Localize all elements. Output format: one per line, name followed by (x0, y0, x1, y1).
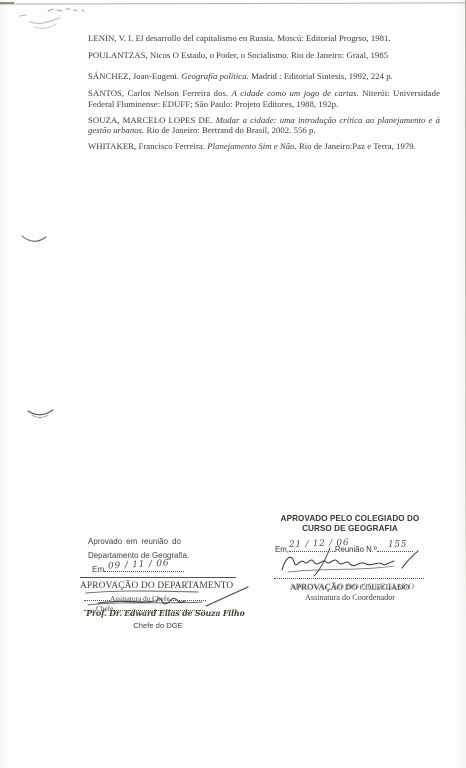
pencil-arc-mark (20, 233, 50, 247)
reference-text: Madrid : Editorial Sintesis, 1992, 224 p… (249, 71, 393, 81)
section-title: APROVAÇÃO DO COLEGIADO (274, 582, 426, 592)
reference-text: LENIN, V. I. El desarrollo del capitalis… (88, 33, 391, 43)
reference-text: SÁNCHEZ, Joan-Eugeni. (88, 71, 181, 81)
reference-text: Rio de Janeiro:Paz e Terra, 1979. (297, 141, 416, 151)
scanned-document-page: LENIN, V. I. El desarrollo del capitalis… (0, 0, 466, 768)
reference-title: Planejamento Sim e Não. (207, 141, 296, 151)
reference-entry: SOUZA, MARCELO LOPES DE. Mudar a cidade:… (88, 115, 440, 137)
reference-text: WHITAKER, Francisco Ferreira. (88, 141, 207, 151)
separator-line (80, 577, 236, 578)
reference-entry: WHITAKER, Francisco Ferreira. Planejamen… (88, 141, 422, 152)
em-label: Em (92, 565, 104, 574)
pencil-arc-mark (26, 407, 56, 421)
reference-entry: LENIN, V. I. El desarrollo del capitalis… (88, 33, 440, 44)
reference-entry: SANTOS, Carlos Nelson Ferreira dos. A ci… (88, 88, 440, 110)
reference-text: SANTOS, Carlos Nelson Ferreira dos. (88, 88, 232, 98)
reference-title: Geografía política. (181, 71, 249, 81)
stamp-name: Prof. Dr. Edward Elias de Souza Filho (86, 609, 230, 619)
handwritten-signature (278, 548, 423, 580)
reference-text: Rio de Janeiro: Bertrand do Brasil, 2002… (144, 125, 315, 135)
bibliography-list: LENIN, V. I. El desarrollo del capitalis… (88, 33, 440, 158)
reference-entry: POULANTZAS, Nicos O Estado, o Poder, o S… (88, 50, 440, 61)
stamp-role: Chefe do DGE (80, 621, 236, 630)
reference-title: A cidade como um jogo de cartas. (232, 88, 359, 98)
approval-title-line: APROVADO PELO COLEGIADO DO (274, 514, 426, 523)
reference-text: POULANTZAS, Nicos O Estado, o Poder, o S… (88, 50, 388, 60)
approval-note-line: Aprovado em reunião do (88, 535, 181, 549)
scan-edge-corner-mark (0, 2, 14, 4)
reference-text: SOUZA, MARCELO LOPES DE. (88, 115, 216, 125)
reference-entry: SÁNCHEZ, Joan-Eugeni. Geografía política… (88, 71, 440, 82)
signature-caption: Assinatura do Coordenador (274, 593, 426, 602)
dotted-signature-line (274, 578, 424, 579)
approval-title-line: CURSO DE GEOGRAFIA (274, 524, 426, 533)
pencil-scribble (18, 4, 110, 32)
